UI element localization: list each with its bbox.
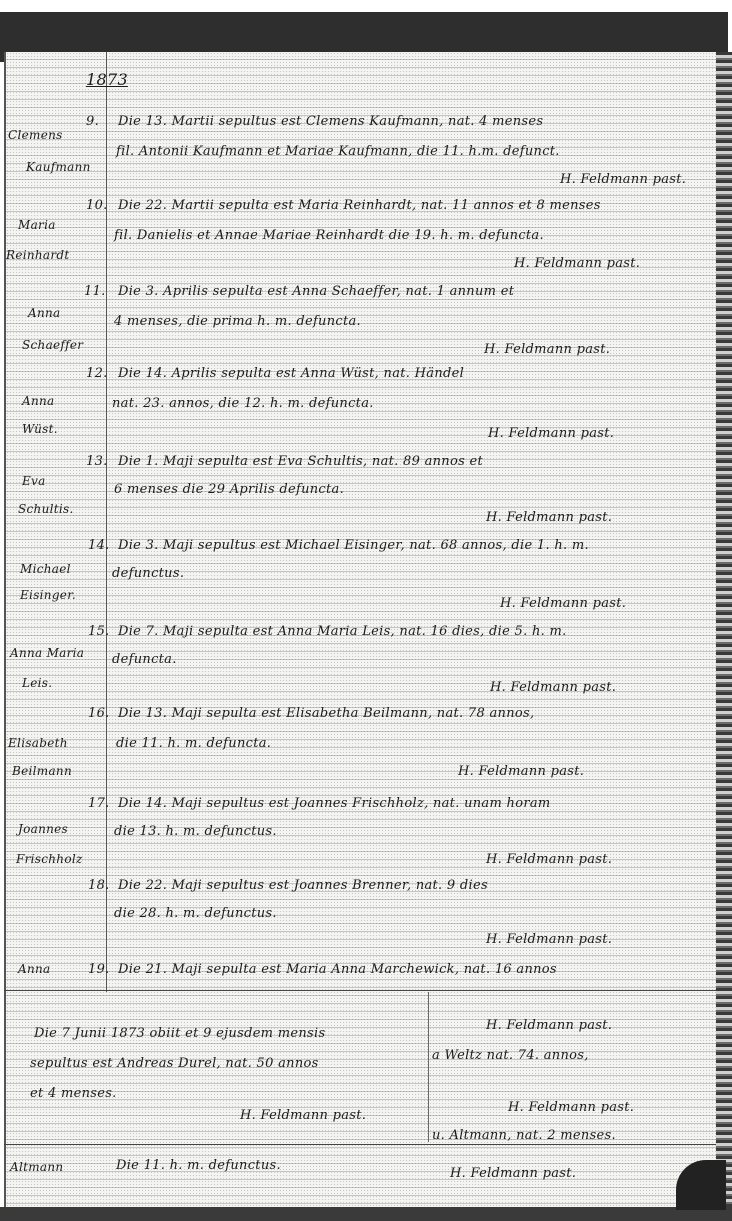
margin-name: Michael [20,562,71,576]
entry-number: 11. [84,284,106,299]
priest-signature: H. Feldmann past. [458,764,584,779]
entry-line: defunctus. [112,566,184,581]
scan-top-margin [0,0,732,12]
binding-edge [716,52,732,1221]
section-divider [4,990,716,991]
entry-line: Die 14. Aprilis sepulta est Anna Wüst, n… [118,366,464,381]
entry-line: Die 22. Martii sepulta est Maria Reinhar… [118,198,601,213]
priest-signature: H. Feldmann past. [240,1108,366,1123]
entry-number: 19. [88,962,110,977]
entry-line: a Weltz nat. 74. annos, [432,1048,589,1063]
priest-signature: H. Feldmann past. [488,426,614,441]
priest-signature: H. Feldmann past. [486,510,612,525]
margin-name: Anna [18,962,50,976]
entry-line: Die 7. Maji sepulta est Anna Maria Leis,… [118,624,567,639]
entry-number: 10. [86,198,108,213]
margin-name: Joannes [18,822,68,836]
entry-number: 9. [86,114,99,129]
entry-number: 13. [86,454,108,469]
entry-line: Die 21. Maji sepulta est Maria Anna Marc… [118,962,557,977]
margin-name: Anna [22,394,54,408]
priest-signature: H. Feldmann past. [500,596,626,611]
margin-name: Reinhardt [6,248,70,262]
entry-line: nat. 23. annos, die 12. h. m. defuncta. [112,396,374,411]
priest-signature: H. Feldmann past. [514,256,640,271]
entry-line: et 4 menses. [30,1086,117,1101]
margin-name: Eisinger. [20,588,76,602]
priest-signature: H. Feldmann past. [490,680,616,695]
priest-signature: H. Feldmann past. [486,852,612,867]
entry-line: Die 11. h. m. defunctus. [116,1158,281,1173]
margin-name: Elisabeth [8,736,68,750]
entry-line: Die 22. Maji sepultus est Joannes Brenne… [118,878,488,893]
entry-line: u. Altmann, nat. 2 menses. [432,1128,616,1143]
entry-line: 4 menses, die prima h. m. defuncta. [114,314,361,329]
entry-line: die 11. h. m. defuncta. [116,736,271,751]
entry-line: Die 13. Maji sepulta est Elisabetha Beil… [118,706,534,721]
margin-name: Anna [28,306,60,320]
priest-signature: H. Feldmann past. [484,342,610,357]
margin-name: Eva [22,474,46,488]
entry-line: fil. Antonii Kaufmann et Mariae Kaufmann… [116,144,560,159]
entry-number: 18. [88,878,110,893]
entry-line: die 13. h. m. defunctus. [114,824,277,839]
priest-signature: H. Feldmann past. [450,1166,576,1181]
margin-name: Wüst. [22,422,58,436]
scan-bottom-edge [0,1207,732,1221]
entry-line: defuncta. [112,652,177,667]
margin-name: Frischholz [16,852,83,866]
margin-name: Leis. [22,676,52,690]
entry-line: Die 14. Maji sepultus est Joannes Frisch… [118,796,551,811]
margin-name: Maria [18,218,56,232]
entry-line: sepultus est Andreas Durel, nat. 50 anno… [30,1056,319,1071]
priest-signature: H. Feldmann past. [560,172,686,187]
lower-column-rule [428,992,429,1142]
entry-number: 17. [88,796,110,811]
margin-name: Schultis. [18,502,74,516]
priest-signature: H. Feldmann past. [508,1100,634,1115]
margin-name: Altmann [10,1160,63,1174]
margin-name: Beilmann [12,764,72,778]
margin-name: Anna Maria [10,646,84,660]
margin-name: Schaeffer [22,338,83,352]
entry-number: 16. [88,706,110,721]
priest-signature: H. Feldmann past. [486,1018,612,1033]
entry-line: die 28. h. m. defunctus. [114,906,277,921]
entry-number: 14. [88,538,110,553]
entry-line: Die 1. Maji sepulta est Eva Schultis, na… [118,454,483,469]
entry-line: Die 13. Martii sepultus est Clemens Kauf… [118,114,543,129]
entry-number: 15. [88,624,110,639]
priest-signature: H. Feldmann past. [486,932,612,947]
year-heading: 1873 [86,70,128,89]
margin-name: Clemens [8,128,63,142]
margin-name: Kaufmann [26,160,91,174]
entry-line: fil. Danielis et Annae Mariae Reinhardt … [114,228,544,243]
section-divider [4,1144,716,1145]
margin-column-rule [106,52,107,992]
entry-line: Die 7 Junii 1873 obiit et 9 ejusdem mens… [34,1026,325,1041]
entry-line: 6 menses die 29 Aprilis defuncta. [114,482,344,497]
entry-line: Die 3. Maji sepultus est Michael Eisinge… [118,538,589,553]
entry-line: Die 3. Aprilis sepulta est Anna Schaeffe… [118,284,514,299]
entry-number: 12. [86,366,108,381]
